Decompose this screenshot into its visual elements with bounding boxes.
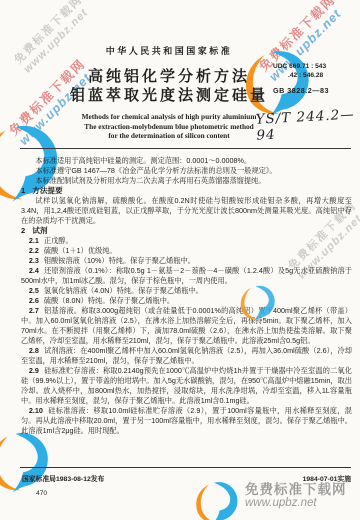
item-number: 2.9	[29, 366, 39, 375]
item-text: 硅标准贮存溶液：称取0.2140g预先在1000℃高温炉中灼烧1h并置于干燥器中…	[21, 366, 352, 405]
reagent-item: 2.6硫酸（8.0N）特纯。保存于聚乙烯瓶中。	[21, 296, 352, 306]
upbz-logo-icon	[0, 430, 50, 494]
item-number: 2.2	[29, 246, 39, 255]
upbz-logo-icon	[191, 480, 241, 520]
item-number: 2.1	[29, 236, 39, 245]
upbz-logo-icon	[238, 284, 276, 322]
watermark-site-url: www.upbz.net	[245, 497, 347, 510]
item-text: 硅标准溶液：移取10.0ml硅标准贮存溶液（2.9），置于100ml容量瓶中，用…	[21, 406, 352, 435]
standard-body-line: 中华人民共和国国家标准	[28, 44, 310, 57]
reagent-item: 2.4还原剂溶液（0.1%）：称取0.5g 1－氨基－2－萘酚－4－磺酸（1.2…	[21, 266, 352, 286]
item-text: 铝基溶液。称取3.000g超纯铝（或含硅量低于0.0001%的高纯铝）置于400…	[21, 306, 352, 345]
item-number: 2.3	[29, 256, 39, 265]
header-divider	[20, 148, 351, 149]
item-number: 2.6	[29, 296, 39, 305]
reagent-item: 2.5氢氧化钠溶液（4.0N）特纯。保存于聚乙烯瓶中。	[21, 286, 352, 296]
item-text: 正戊醇。	[44, 236, 73, 245]
item-text: 还原剂溶液（0.1%）：称取0.5g 1－氨基－2－萘酚－4－磺酸（1.2.4酸…	[21, 266, 352, 285]
item-text: 硫酸（1＋1）优级纯。	[44, 246, 117, 255]
reagent-item: 2.3钼酸铵溶液（10%）特纯。保存于聚乙烯瓶中。	[21, 256, 352, 266]
reagent-item: 2.7铝基溶液。称取3.000g超纯铝（或含硅量低于0.0001%的高纯铝）置于…	[21, 306, 352, 346]
intro-paragraph: 本标准适用于高纯铝中硅量的测定。测定范围：0.0001～0.0008%。	[21, 156, 352, 166]
intro-paragraphs: 本标准适用于高纯铝中硅量的测定。测定范围：0.0001～0.0008%。 本标准…	[21, 156, 352, 186]
document-body: 本标准适用于高纯铝中硅量的测定。测定范围：0.0001～0.0008%。 本标准…	[21, 156, 352, 436]
item-number: 2.8	[29, 346, 39, 355]
item-number: 2.5	[29, 286, 39, 295]
item-text: 氢氧化钠溶液（4.0N）特纯。保存于聚乙烯瓶中。	[44, 286, 203, 295]
item-number: 2.7	[29, 306, 39, 315]
section-1-heading: 1方法提要	[21, 186, 352, 196]
reagent-item: 2.9硅标准贮存溶液：称取0.2140g预先在1000℃高温炉中灼烧1h并置于干…	[21, 366, 352, 406]
title-cn-line2: 钼蓝萃取光度法测定硅量	[28, 86, 310, 105]
standard-document-page: 免费标准下载网 www.upbz.net 免费标准下载网 www.upbz.ne…	[0, 0, 360, 520]
section-label: 试剂	[32, 226, 47, 235]
intro-paragraph: 本标准遵守GB 1467—78《冶金产品化学分析方法标准的总则及一般规定》。	[21, 166, 352, 176]
handwritten-standard-number: YS/T 244.2—94	[255, 106, 360, 143]
item-text: 试剂溶液：在400ml聚乙烯杯中加入60.0ml氢氧化钠溶液（2.5），再加入3…	[21, 346, 352, 365]
standard-number: GB 3828.2—83	[273, 87, 329, 96]
issued-date: 国家标准局1983-08-12发布	[22, 473, 104, 483]
section-number: 1	[21, 186, 25, 195]
title-cn-line1: 高纯铝化学分析方法	[28, 67, 310, 86]
reagent-item: 2.1正戊醇。	[21, 236, 352, 246]
item-text: 钼酸铵溶液（10%）特纯。保存于聚乙烯瓶中。	[44, 256, 195, 265]
footer-divider	[20, 467, 351, 468]
section-1-body: 试样以氢氧化钠溶解，硫酸酸化。在酸度0.2N时使硅与钼酸铵形成硅钼杂多酸，再增大…	[21, 196, 352, 226]
udc-line2: .42 : 546.28	[273, 72, 329, 81]
udc-line1: UDC 669.71 : 543	[273, 63, 329, 72]
reagent-item: 2.2硫酸（1＋1）优级纯。	[21, 246, 352, 256]
watermark-site-name: 免费标准下载网	[245, 483, 347, 497]
intro-paragraph: 本标准配制试剂及分析用水均为二次去离子水再用石英蒸馏器蒸馏提纯。	[21, 176, 352, 186]
item-text: 硫酸（8.0N）特纯。保存于聚乙烯瓶中。	[44, 296, 174, 305]
page-number: 470	[36, 490, 47, 497]
reagent-item: 2.8试剂溶液：在400ml聚乙烯杯中加入60.0ml氢氧化钠溶液（2.5），再…	[21, 346, 352, 366]
reagent-item: 2.10硅标准溶液：移取10.0ml硅标准贮存溶液（2.9），置于100ml容量…	[21, 406, 352, 436]
item-number: 2.4	[29, 266, 39, 275]
section-label: 方法提要	[32, 186, 62, 195]
section-number: 2	[21, 226, 25, 235]
section-2-heading: 2试剂	[21, 226, 352, 236]
watermark-bottom-right: 免费标准下载网 www.upbz.net	[245, 483, 347, 510]
udc-classification-block: UDC 669.71 : 543 .42 : 546.28 GB 3828.2—…	[273, 63, 329, 96]
item-number: 2.10	[29, 406, 43, 415]
